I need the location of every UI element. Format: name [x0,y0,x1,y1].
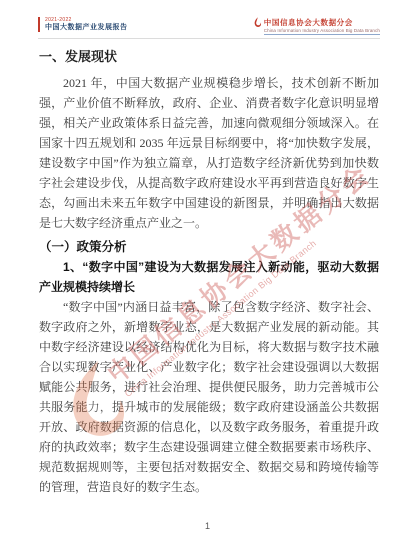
section-heading: 一、发展现状 [39,48,379,66]
page-number: 1 [205,521,210,531]
point-heading: 1、“数字中国”建设为大数据发展注入新动能，驱动大数据产业规模持续增长 [39,257,379,297]
header-org-block: 中国信息协会大数据分会 China Information Industry A… [253,17,380,35]
org-flame-icon [253,17,262,28]
report-title: 中国大数据产业发展报告 [45,23,128,32]
document-body: 一、发展现状 2021 年，中国大数据产业规模稳步增长，技术创新不断加强，产业价… [39,48,379,497]
paragraph-policy: “数字中国”内涵日益丰富，除了包含数字经济、数字社会、数字政府之外，新增数字业态… [39,297,379,497]
org-name-english: China Information Industry Association B… [264,28,380,35]
report-page: 2021-2022 中国大数据产业发展报告 中国信息协会大数据分会 China … [0,0,415,559]
subsection-heading: （一）政策分析 [39,237,379,257]
org-name: 中国信息协会大数据分会 [264,17,353,28]
header-divider [38,38,380,39]
page-footer: 1 [0,516,415,534]
header-report-info: 2021-2022 中国大数据产业发展报告 [38,17,128,32]
page-header: 2021-2022 中国大数据产业发展报告 中国信息协会大数据分会 China … [38,17,380,35]
org-name-line: 中国信息协会大数据分会 [253,17,353,28]
paragraph-overview: 2021 年，中国大数据产业规模稳步增长，技术创新不断加强，产业价值不断释放，政… [39,73,379,233]
